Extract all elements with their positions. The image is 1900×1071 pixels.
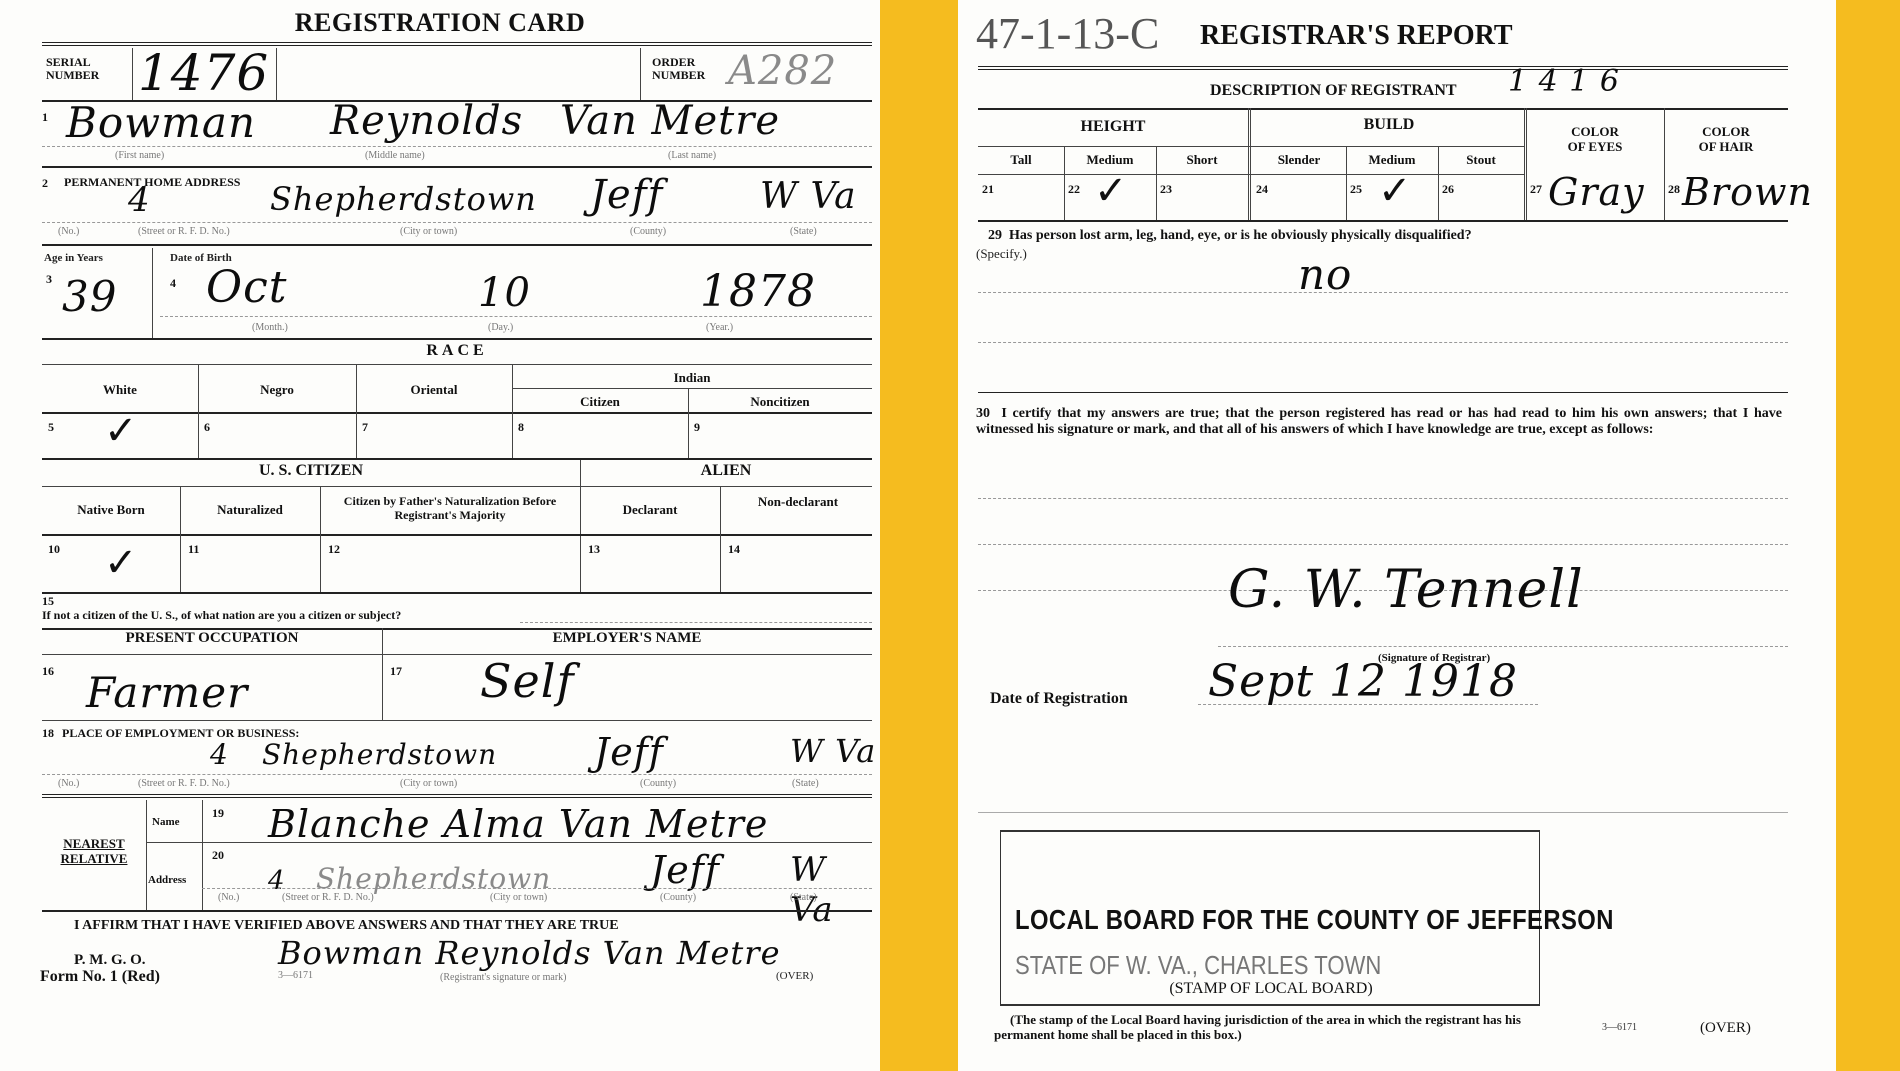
stamp-note: (The stamp of the Local Board having jur… xyxy=(994,1012,1534,1042)
employment-county: Jeff xyxy=(594,730,664,774)
home-address-state: W Va xyxy=(760,176,857,217)
relative-address-state: W Va xyxy=(790,850,880,930)
serial-number-label: SERIALNUMBER xyxy=(46,56,99,82)
eyes-title: COLOROF EYES xyxy=(1526,124,1664,154)
height-title: HEIGHT xyxy=(978,118,1248,136)
dob-year: 1878 xyxy=(700,266,816,317)
age-label: Age in Years xyxy=(44,252,103,264)
alien-title: ALIEN xyxy=(580,462,872,480)
card-title: REGISTRATION CARD xyxy=(0,8,880,38)
home-address-label: PERMANENT HOME ADDRESS xyxy=(64,175,240,190)
yellow-right-band xyxy=(1836,0,1900,1071)
form-number-label: Form No. 1 (Red) xyxy=(40,968,160,986)
race-white-checkmark: ✓ xyxy=(104,408,138,454)
employment-no: 4 xyxy=(210,738,229,771)
indian-label: Indian xyxy=(512,370,872,386)
order-number-label: ORDERNUMBER xyxy=(652,56,705,82)
employment-state: W Va xyxy=(790,732,876,770)
relative-address-city: Shepherdstown xyxy=(316,862,551,895)
occupation-value: Farmer xyxy=(86,668,248,717)
date-of-registration-value: Sept 12 1918 xyxy=(1208,656,1518,707)
employer-title: EMPLOYER'S NAME xyxy=(382,630,872,647)
age-value: 39 xyxy=(62,272,117,321)
date-of-registration-label: Date of Registration xyxy=(990,690,1128,708)
native-born-checkmark: ✓ xyxy=(104,540,138,586)
local-board-stamp-box: LOCAL BOARD FOR THE COUNTY OF JEFFERSON … xyxy=(1000,830,1540,1006)
stamp-line2: STATE OF W. VA., CHARLES TOWN xyxy=(1015,950,1381,981)
yellow-divider-band xyxy=(880,0,958,1071)
serial-number-value: 1476 xyxy=(138,44,269,102)
dob-month: Oct xyxy=(206,262,287,313)
build-title: BUILD xyxy=(1252,116,1526,134)
employer-value: Self xyxy=(480,654,574,708)
dob-day: 10 xyxy=(478,270,531,316)
pmgo-label: P. M. G. O. xyxy=(74,952,146,969)
stamp-code: 47-1-13-C xyxy=(976,8,1159,59)
race-title: RACE xyxy=(42,342,872,360)
description-subtitle: DESCRIPTION OF REGISTRANT xyxy=(1210,82,1457,100)
report-annotation: 1 4 1 6 xyxy=(1508,64,1620,99)
order-number-value: A282 xyxy=(728,48,837,94)
us-citizen-title: U. S. CITIZEN xyxy=(42,462,580,480)
middle-name: Reynolds xyxy=(330,98,523,144)
registration-card: REGISTRATION CARD SERIALNUMBER 1476 ORDE… xyxy=(0,0,880,1071)
home-address-city: Shepherdstown xyxy=(270,180,537,218)
affirmation-text: I AFFIRM THAT I HAVE VERIFIED ABOVE ANSW… xyxy=(74,918,619,934)
height-medium-checkmark: ✓ xyxy=(1094,168,1128,214)
home-address-no: 4 xyxy=(128,180,151,220)
hair-title: COLOROF HAIR xyxy=(1664,124,1788,154)
registrars-report-card: 47-1-13-C REGISTRAR'S REPORT DESCRIPTION… xyxy=(958,0,1836,1071)
build-medium-checkmark: ✓ xyxy=(1378,168,1412,214)
nationality-question: If not a citizen of the U. S., of what n… xyxy=(42,608,401,623)
nearest-relative-label: NEARESTRELATIVE xyxy=(42,836,146,866)
registrant-signature: Bowman Reynolds Van Metre xyxy=(278,934,781,972)
q29-text: 29 Has person lost arm, leg, hand, eye, … xyxy=(988,228,1472,244)
relative-name-value: Blanche Alma Van Metre xyxy=(268,802,768,846)
registrar-signature: G. W. Tennell xyxy=(1228,560,1584,620)
stamp-caption: (STAMP OF LOCAL BOARD) xyxy=(1001,980,1541,998)
relative-address-county: Jeff xyxy=(650,848,720,892)
hair-color-value: Brown xyxy=(1682,170,1813,214)
first-name: Bowman xyxy=(66,98,256,147)
q30-text: 30 I certify that my answers are true; t… xyxy=(976,406,1782,438)
home-address-county: Jeff xyxy=(590,172,663,218)
eye-color-value: Gray xyxy=(1548,170,1645,214)
employment-city: Shepherdstown xyxy=(262,738,497,771)
stamp-line1: LOCAL BOARD FOR THE COUNTY OF JEFFERSON xyxy=(1015,904,1614,936)
occupation-title: PRESENT OCCUPATION xyxy=(42,630,382,647)
report-title: REGISTRAR'S REPORT xyxy=(1200,20,1513,52)
last-name: Van Metre xyxy=(560,98,780,144)
